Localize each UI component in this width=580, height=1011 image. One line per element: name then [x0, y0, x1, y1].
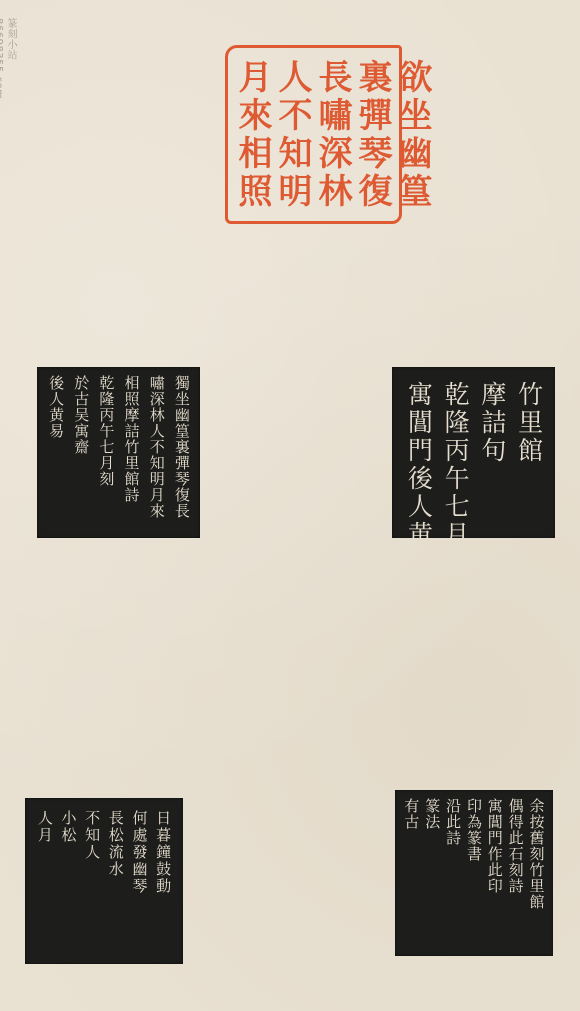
side-inscription-top-right: 竹里館 摩詰句 乾隆丙午七月 寓閶門後人黄易 — [392, 367, 555, 538]
seal-column: 月來相照 — [232, 54, 272, 215]
inscription-column: 小松 — [59, 810, 77, 952]
inscription-column: 偶得此石刻詩 — [508, 798, 524, 948]
inscription-column: 有古 — [403, 798, 419, 948]
inscription-column: 竹里館 — [513, 381, 545, 524]
inscription-column: 摩詰句 — [476, 381, 508, 524]
inscription-column: 日暮鐘鼓動 — [154, 810, 172, 952]
watermark: 篆刻小站 86698355.com — [2, 18, 16, 99]
inscription-column: 不知人 — [83, 810, 101, 952]
watermark-domain: 86698355.com — [0, 18, 4, 99]
red-seal-impression: 欲坐幽篁 裏彈琴復 長嘯深林 人不知明 月來相照 — [225, 45, 402, 224]
seal-column: 長嘯深林 — [312, 54, 352, 215]
inscription-column: 乾隆丙午七月 — [439, 381, 471, 524]
inscription-column: 寓閶門後人黄易 — [402, 381, 434, 524]
seal-column: 裏彈琴復 — [352, 54, 392, 215]
inscription-column: 後人黄易 — [47, 375, 64, 530]
inscription-column: 篆法 — [424, 798, 440, 948]
seal-column: 人不知明 — [272, 54, 312, 215]
inscription-column: 嘯深林人不知明月來 — [148, 375, 165, 530]
seal-column: 欲坐幽篁 — [392, 54, 432, 215]
inscription-column: 余按舊刻竹里館 — [528, 798, 544, 948]
inscription-column: 乾隆丙午七月刻 — [97, 375, 114, 530]
inscription-column: 於古吴寓齋 — [72, 375, 89, 530]
inscription-column: 何處發幽琴 — [130, 810, 148, 952]
inscription-column: 人月 — [36, 810, 54, 952]
watermark-site-name: 篆刻小站 — [4, 18, 16, 97]
side-inscription-bottom-left: 日暮鐘鼓動 何處發幽琴 長松流水 不知人 小松 人月 — [25, 798, 183, 964]
inscription-column: 沿此詩 — [445, 798, 461, 948]
inscription-column: 印為篆書 — [466, 798, 482, 948]
inscription-column: 長松流水 — [107, 810, 125, 952]
side-inscription-top-left: 獨坐幽篁裏彈琴復長 嘯深林人不知明月來 相照摩詰竹里館詩 乾隆丙午七月刻 於古吴… — [37, 367, 200, 538]
inscription-column: 獨坐幽篁裏彈琴復長 — [173, 375, 190, 530]
inscription-column: 寓閶門作此印 — [487, 798, 503, 948]
side-inscription-bottom-right: 余按舊刻竹里館 偶得此石刻詩 寓閶門作此印 印為篆書 沿此詩 篆法 有古 — [395, 790, 553, 956]
inscription-column: 相照摩詰竹里館詩 — [123, 375, 140, 530]
